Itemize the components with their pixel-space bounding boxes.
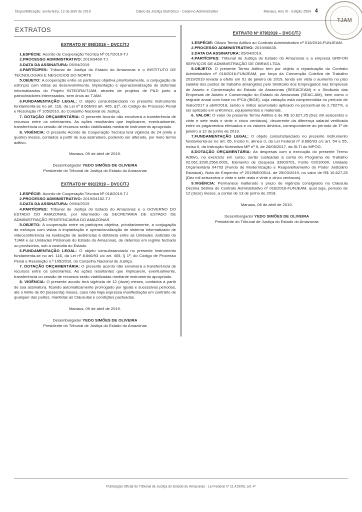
extrato-paragraph: 4.PARTÍCIPES: Tribunal de Justiça do Est… — [186, 56, 348, 66]
paragraph-label: 2.PROCESSO ADMINISTRATIVO: — [20, 57, 84, 62]
extrato-title: EXTRATO Nº 090/2019 – DVCC/TJ — [14, 43, 176, 48]
extrato-title: EXTRATO Nº 079/2019 – DVCC/TJ — [186, 31, 348, 36]
paragraph-label: 3.DATA DA ASSINATURA: — [20, 62, 70, 67]
signer-title: Desembargador — [225, 214, 255, 219]
header-availability-date: Disponibilização: sexta-feira, 12 de abr… — [15, 10, 91, 14]
content-columns: EXTRATOS EXTRATO Nº 090/2019 – DVCC/TJ 1… — [14, 25, 348, 337]
paragraph-text: 2019/06635. — [255, 46, 277, 51]
signer-name: YEDO SIMÕES DE OLIVEIRA — [83, 163, 138, 168]
footer-text: Publicação Oficial do Tribunal de Justiç… — [0, 485, 362, 489]
signer-role: Presidente do Tribunal de Justiça do Est… — [186, 219, 348, 224]
extrato-body: 1.ESPÉCIE: Oitavo Termo Aditivo ao Contr… — [186, 41, 348, 197]
paragraph-label: 1.ESPÉCIE: — [20, 191, 43, 196]
signature-block: Desembargador YEDO SIMÕES DE OLIVEIRA Pr… — [14, 163, 176, 174]
extrato-paragraph: 5.OBJETO: A cooperação entre os partícip… — [14, 222, 176, 248]
left-column: EXTRATOS EXTRATO Nº 090/2019 – DVCC/TJ 1… — [14, 25, 176, 337]
paragraph-text: 2019/9460-TJ — [83, 57, 108, 62]
paragraph-label: 9.VIGÊNCIA: — [191, 181, 218, 186]
extrato-date-line: Manaus, 09 de abril de 2019. — [14, 152, 176, 157]
paragraph-label: 6.FUNDAMENTAÇÃO LEGAL: — [20, 248, 80, 253]
extrato-paragraph: 4.PARTÍCIPES: Tribunal de Justiça do Est… — [14, 207, 176, 223]
paragraph-label: 8.DOTAÇÃO ORÇAMENTÁRIA: — [191, 150, 253, 155]
paragraph-text: 05/04/2019. — [241, 51, 262, 56]
header-divider-line — [14, 20, 348, 21]
paragraph-label: 8. VIGÊNCIA: — [20, 130, 47, 135]
extrato-paragraph: 8.DOTAÇÃO ORÇAMENTÁRIA: As despesas com … — [186, 150, 348, 181]
column-divider-line — [181, 25, 182, 337]
page-number: 4 — [315, 9, 318, 15]
extrato-paragraph: 9.VIGÊNCIA: Permanece inalterado o prazo… — [186, 181, 348, 197]
extrato-paragraph: 5.OBJETO: A cooperação entre os partícip… — [14, 78, 176, 99]
header-edition-info: Manaus, Ano XI - Edição 2564 — [264, 10, 311, 14]
signer-role: Presidente do Tribunal de Justiça do Est… — [14, 323, 176, 328]
signer-name: YEDO SIMÕES DE OLIVEIRA — [83, 318, 138, 323]
footer-divider-line — [14, 478, 348, 479]
extrato-paragraph: 4.PARTÍCIPES: Tribunal de Justiça do Est… — [14, 68, 176, 78]
signer-role: Presidente do Tribunal de Justiça do Est… — [14, 168, 176, 173]
paragraph-label: 1.ESPÉCIE: — [191, 41, 214, 46]
extrato-paragraph: 6.FUNDAMENTAÇÃO LEGAL: O objeto consubst… — [14, 99, 176, 115]
signer-name: YEDO SIMÕES DE OLIVEIRA — [254, 214, 309, 219]
extrato-paragraph: 6.FUNDAMENTAÇÃO LEGAL: O objeto consubst… — [14, 248, 176, 264]
paragraph-label: 3.DATA DA ASSINATURA: — [191, 51, 241, 56]
extrato-paragraph: 7. DOTAÇÃO ORÇAMENTÁRIA: O presente acor… — [14, 264, 176, 280]
paragraph-label: 4.PARTÍCIPES: — [191, 56, 221, 61]
paragraph-label: 4.PARTÍCIPES: — [20, 68, 51, 73]
extrato-body: 1.ESPÉCIE: Acordo de Cooperação Técnica … — [14, 52, 176, 146]
extrato-paragraph: 8. VIGÊNCIA: O presente Acordo de Cooper… — [14, 130, 176, 146]
gazette-page: Disponibilização: sexta-feira, 12 de abr… — [0, 0, 362, 512]
paragraph-label: 4.PARTÍCIPES: — [20, 207, 51, 212]
paragraph-label: 5.OBJETO: — [20, 78, 42, 83]
extrato-date-line: Manaus, 08 de abril de 2019. — [186, 202, 348, 207]
paragraph-label: 6.FUNDAMENTAÇÃO LEGAL: — [20, 99, 80, 104]
paragraph-text: 05/04/2019 — [69, 62, 89, 67]
paragraph-label: 5.OBJETO: — [191, 66, 214, 71]
paragraph-text: 2019/04152-TJ — [83, 197, 110, 202]
paragraph-label: 6. VALOR: — [191, 113, 212, 118]
paragraph-label: 7. DOTAÇÃO ORÇAMENTÁRIA: — [20, 114, 82, 119]
paragraph-text: As despesas com a execução do presente T… — [186, 150, 348, 180]
signature-block: Desembargador YEDO SIMÕES DE OLIVEIRA Pr… — [186, 214, 348, 225]
paragraph-label: 2.PROCESSO ADMINISTRATIVO: — [20, 197, 84, 202]
header-publication-title: Diário da Justiça Eletrônico - Caderno A… — [136, 10, 218, 14]
extrato-date-line: Manaus, 09 de abril de 2019. — [14, 306, 176, 311]
page-header: Disponibilização: sexta-feira, 12 de abr… — [15, 10, 311, 14]
paragraph-label: 7.FUNDAMENTAÇÃO LEGAL: — [191, 134, 251, 139]
extrato-section: EXTRATO Nº 090/2019 – DVCC/TJ 1.ESPÉCIE:… — [14, 43, 176, 174]
paragraph-label: 5.OBJETO: — [20, 222, 43, 227]
extrato-paragraph: 6. VALOR: O valor do presente Termo Adit… — [186, 113, 348, 134]
paragraph-text: 09/04/2019 — [69, 202, 89, 207]
extrato-section: EXTRATO Nº 079/2019 – DVCC/TJ 1.ESPÉCIE:… — [186, 31, 348, 225]
extrato-paragraph: 7. DOTAÇÃO ORÇAMENTÁRIA: O presente Acor… — [14, 114, 176, 130]
paragraph-label: 1.ESPÉCIE: — [20, 52, 43, 57]
extrato-paragraph: 8. VIGÊNCIA: O presente acordo terá vigê… — [14, 280, 176, 301]
extrato-body: 1.ESPÉCIE: Acordo de Cooperação Técnica … — [14, 191, 176, 300]
extrato-title: EXTRATO Nº 091/2019 – DVCC/TJ — [14, 182, 176, 187]
paragraph-text: Acordo de Cooperação Técnica Nº 017/2019… — [43, 52, 128, 57]
extrato-paragraph: 7.FUNDAMENTAÇÃO LEGAL: O objeto consubst… — [186, 134, 348, 150]
paragraph-label: 7. DOTAÇÃO ORÇAMENTÁRIA: — [20, 264, 82, 269]
paragraph-label: 3.DATA DA ASSINATURA: — [20, 202, 70, 207]
extrato-paragraph: 5.OBJETO: O presente Termo Aditivo tem p… — [186, 66, 348, 113]
paragraph-text: Acordo de Cooperação Técnica Nº 018/2019… — [43, 191, 128, 196]
signer-title: Desembargador — [53, 163, 83, 168]
signature-block: Desembargador YEDO SIMÕES DE OLIVEIRA Pr… — [14, 318, 176, 329]
paragraph-label: 8. VIGÊNCIA: — [20, 280, 47, 285]
extrato-section: EXTRATO Nº 091/2019 – DVCC/TJ 1.ESPÉCIE:… — [14, 182, 176, 329]
paragraph-label: 2.PROCESSO ADMINISTRATIVO: — [191, 46, 255, 51]
paragraph-text: O presente Termo Aditivo tem por objeto … — [186, 66, 348, 112]
section-title: EXTRATOS — [14, 25, 176, 37]
right-column: EXTRATO Nº 079/2019 – DVCC/TJ 1.ESPÉCIE:… — [186, 25, 348, 337]
paragraph-text: Oitavo Termo Aditivo ao Contrato Adminis… — [214, 41, 343, 46]
signer-title: Desembargador — [53, 318, 83, 323]
